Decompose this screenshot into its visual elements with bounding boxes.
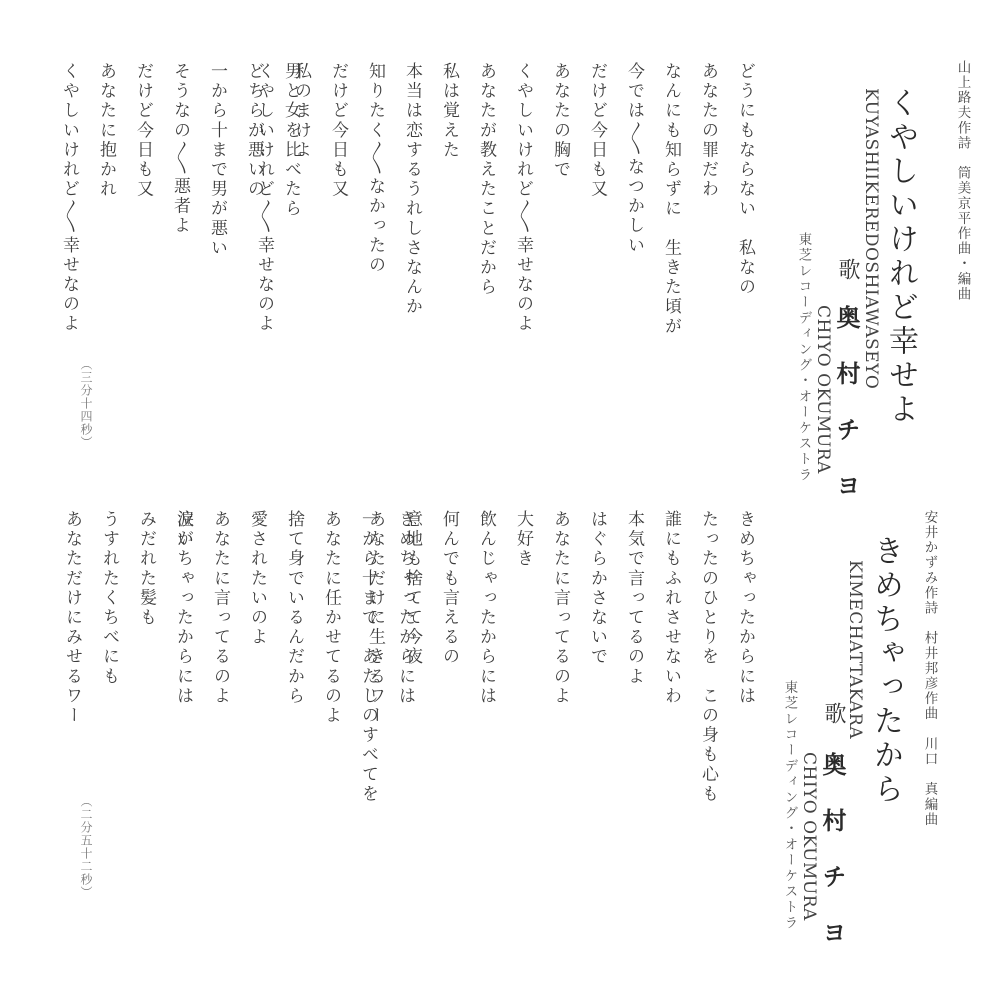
lyric-line: 男と女を比べたら [282,62,299,219]
lyric-line: 一から十まで男が悪い [208,62,225,258]
song2-singer-romaji: CHIYO OKUMURA [800,752,817,921]
lyric-line: みだれた髪も [137,510,154,628]
lyric-line: はぐらかさないで [588,510,605,667]
lyric-line: あなたに任かせてるのよ [322,510,339,726]
lyric-line: きめちゃったからには [396,510,413,706]
song2-credits: 安井かずみ作詩 村井邦彦作曲 川口 真編曲 [922,510,936,827]
lyric-line: 知りたく〳〵なかったの [366,62,383,275]
lyric-line: あなたの罪だわ [699,62,716,199]
song1-romaji-title: KUYASHIIKEREDOSHIAWASEYO [862,88,879,389]
song1-orchestra: 東芝レコーディング・オーケストラ [796,232,810,483]
lyric-line: あなたに言ってるのよ [551,510,568,706]
lyric-line: 誰にもふれさせないわ [662,510,679,706]
lyric-line: あなたに抱かれ [97,62,114,199]
lyric-line: 本気で言ってるのよ [625,510,642,686]
lyric-line: どちらが悪いの [245,62,262,199]
lyric-line: どうにもならない 私なの [736,62,753,297]
song2-singer-label: 歌 [822,702,844,724]
song2-duration: （二分五十二秒） [80,795,92,899]
lyric-line: 何んでも言えるの [440,510,457,667]
lyric-line: あなたが教えたことだから [477,62,494,297]
lyric-line: たったのひとりを この身も心も [699,510,716,804]
lyric-line: だけど今日も又 [134,62,151,199]
song2-title: きめちゃったから [870,535,900,807]
song1-singer-label: 歌 [836,258,858,280]
lyric-line: だけど今日も又 [588,62,605,199]
song1-singer-romaji: CHIYO OKUMURA [814,305,831,474]
lyric-line: くやしいけれど〳〵幸せなのよ [514,62,531,334]
lyric-line: きめちゃったからには [736,510,753,706]
lyric-line: くやしいけれど〳〵幸せなのよ [60,62,77,334]
lyric-line: 大好き [514,510,531,569]
lyric-line: だけど今日も又 [329,62,346,199]
lyric-line: 捨て身でいるんだから [285,510,302,706]
song1-credits: 山上路夫作詩 筒美京平作曲・編曲 [955,60,969,302]
song2-singer-name: 奥村チヨ [820,752,844,976]
lyric-line: あなただけにみせるワー [63,510,80,726]
lyric-line: なんにも知らずに 生きた頃が [662,62,679,336]
lyric-line: 飲んじゃったからには [477,510,494,706]
song1-duration: （三分十四秒） [80,358,92,449]
lyric-line: 泣いちゃったからには [174,510,191,706]
lyric-line: 私は覚えた [440,62,457,160]
lyric-line: 今では〳〵なつかしい [625,62,642,255]
lyric-line: あなたの胸で [551,62,568,180]
lyric-line: 一から十まで あたしのすべてを [359,510,376,804]
lyric-line: 愛されたいのよ [248,510,265,647]
lyric-line: うすれたくちべにも [100,510,117,686]
lyric-line: あなたに言ってるのよ [211,510,228,706]
song2-orchestra: 東芝レコーディング・オーケストラ [782,680,796,931]
lyric-line: 本当は恋するうれしさなんか [403,62,420,317]
lyric-line: そうなの〳〵悪者よ [171,62,188,236]
song2-romaji-title: KIMECHATTAKARA [846,560,863,739]
song1-title: くやしいけれど幸せよ [885,87,915,427]
song1-singer-name: 奥村チヨ [834,305,858,529]
